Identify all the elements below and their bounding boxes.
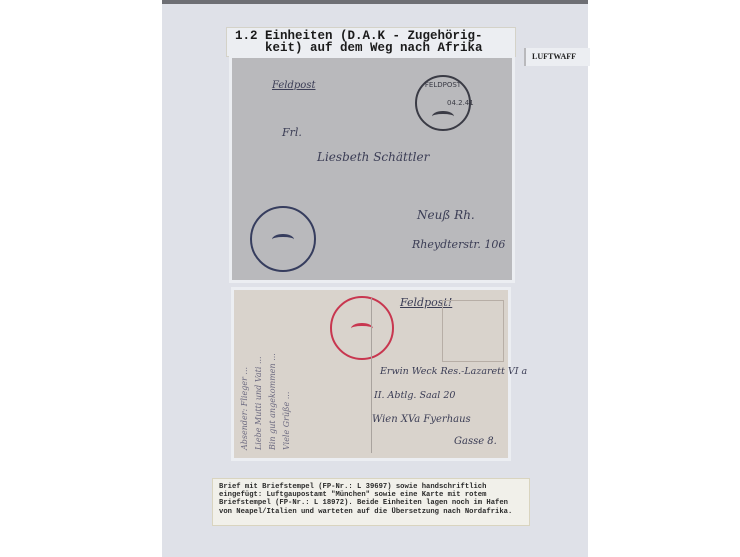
- salutation: Frl.: [282, 126, 302, 139]
- caption-box: Brief mit Briefstempel (FP-Nr.: L 39697)…: [212, 478, 530, 526]
- feldpost-postmark: FELDPOST 04.2.41: [415, 75, 471, 131]
- frame-edge: [162, 0, 588, 4]
- street: Rheydterstr. 106: [412, 238, 505, 251]
- envelope-header: Feldpost: [272, 80, 315, 91]
- address-line: Gasse 8.: [454, 436, 497, 447]
- eagle-emblem-icon: [272, 234, 294, 245]
- recipient-name: Liesbeth Schättler: [317, 150, 429, 164]
- side-label: LUFTWAFF: [524, 48, 590, 66]
- page-title-box: 1.2 Einheiten (D.A.K - Zugehörig- keit) …: [226, 27, 516, 57]
- address-line: Erwin Weck Res.-Lazarett VI a: [380, 366, 527, 377]
- message-line: Liebe Mutti und Vati ...: [254, 356, 263, 450]
- message-line: Viele Grüße ...: [282, 392, 291, 450]
- city: Neuß Rh.: [417, 208, 475, 222]
- caption-text: Brief mit Briefstempel (FP-Nr.: L 39697)…: [219, 483, 525, 516]
- eagle-emblem-icon: [432, 111, 454, 122]
- address-line: II. Abtlg. Saal 20: [374, 390, 455, 401]
- unit-stamp: [250, 206, 316, 272]
- red-unit-stamp: [330, 296, 394, 360]
- message-line: Bin gut angekommen ...: [268, 353, 277, 450]
- stamp-area: [442, 300, 504, 362]
- message-line: Absender: Flieger ...: [240, 367, 249, 450]
- address-line: Wien XVa Fyerhaus: [372, 414, 471, 425]
- postcard-divider: [371, 298, 372, 453]
- page-title: 1.2 Einheiten (D.A.K - Zugehörig- keit) …: [235, 31, 483, 54]
- envelope-cover: Feldpost FELDPOST 04.2.41 Frl. Liesbeth …: [232, 58, 512, 280]
- eagle-emblem-icon: [351, 323, 373, 334]
